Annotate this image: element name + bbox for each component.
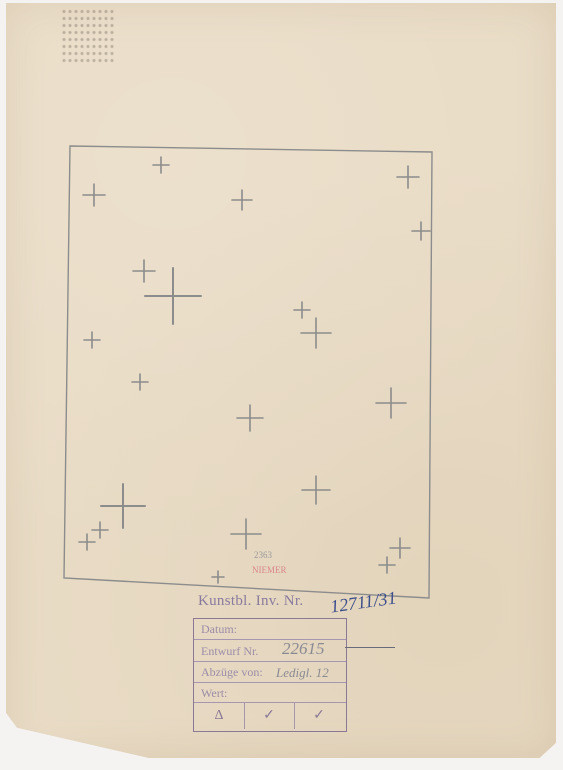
star-cross-icon: [84, 332, 100, 348]
sketch-frame: [64, 146, 432, 598]
star-cross-icon: [232, 190, 252, 210]
stamp-value: 22615: [282, 638, 325, 660]
check-mark: ✓: [244, 703, 295, 729]
star-cross-icon: [294, 302, 310, 318]
star-cross-icon: [412, 222, 430, 240]
stamp-value: Ledigl. 12: [276, 662, 329, 683]
stamp-row-marks: Δ ✓ ✓: [194, 703, 346, 729]
star-cross-icon: [92, 522, 108, 538]
stamp-row-datum: Datum:: [194, 619, 346, 640]
star-cross-icon: [301, 318, 331, 348]
star-cross-icon: [83, 184, 105, 206]
delta-mark: Δ: [194, 703, 245, 729]
star-cross-icon: [376, 388, 406, 418]
star-cross-icon: [153, 157, 169, 173]
star-cross-icon: [101, 484, 145, 528]
stamp-label: Datum:: [201, 619, 237, 640]
stamp-row-entwurf: Entwurf Nr. 22615: [194, 640, 346, 662]
stamp-label: Entwurf Nr.: [201, 640, 258, 662]
star-cross-icon: [302, 476, 330, 504]
star-cross-icon: [132, 374, 148, 390]
star-cross-icon: [79, 534, 95, 550]
star-cross-icon: [145, 268, 201, 324]
star-cross-icon: [390, 538, 410, 558]
star-cross-icon: [379, 557, 395, 573]
star-cross-icon: [133, 260, 155, 282]
check-mark: ✓: [294, 703, 344, 729]
star-cross-icon: [237, 405, 263, 431]
archive-stamp: Datum: Entwurf Nr. 22615 Abzüge von: Led…: [193, 618, 347, 732]
stamp-label: Abzüge von:: [201, 662, 263, 683]
stamp-row-wert: Wert:: [194, 683, 346, 703]
stamp-label: Wert:: [201, 683, 227, 703]
ink-underline: [345, 647, 395, 648]
inventory-label: Kunstbl. Inv. Nr.: [198, 593, 303, 610]
stamp-row-abzuege: Abzüge von: Ledigl. 12: [194, 662, 346, 683]
star-cross-icon: [397, 166, 419, 188]
reference-number: 2363: [254, 550, 272, 560]
star-cross-icon: [231, 519, 261, 549]
star-cross-icon: [212, 571, 224, 583]
red-collection-stamp: NIEMER: [252, 565, 287, 575]
